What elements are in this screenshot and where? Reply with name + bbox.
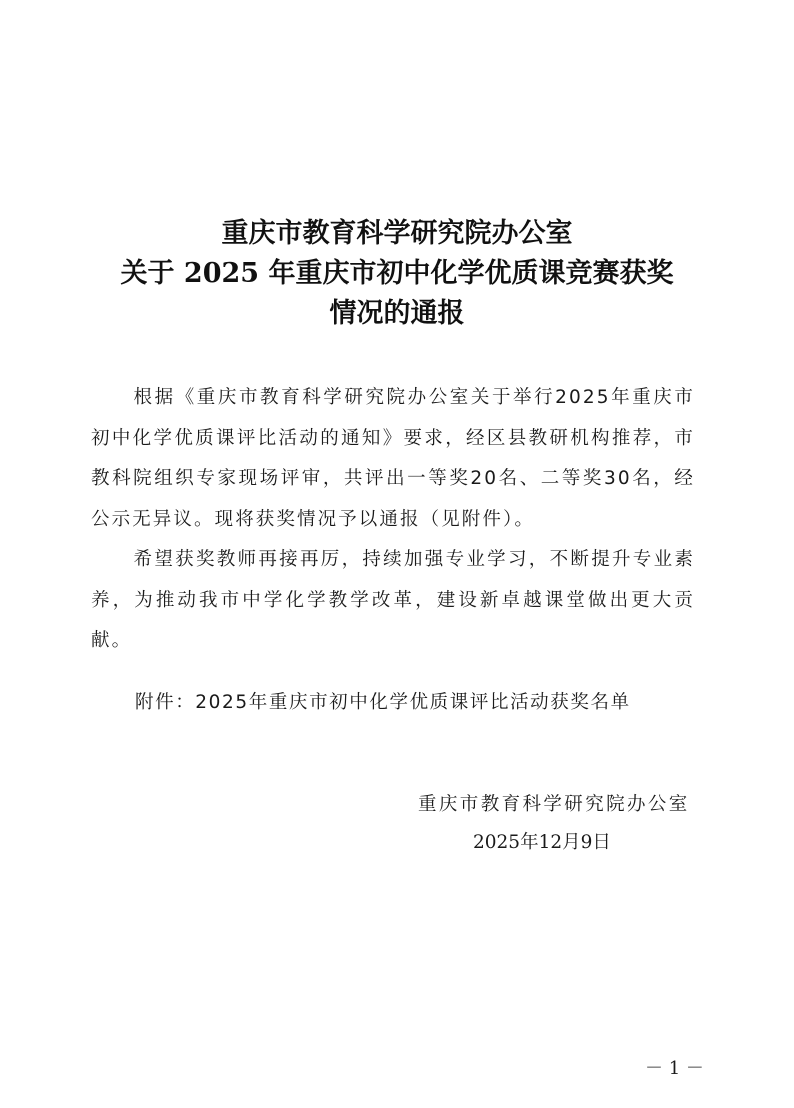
- document-page: 重庆市教育科学研究院办公室 关于 2025 年重庆市初中化学优质课竞赛获奖 情况…: [0, 0, 794, 1108]
- paragraph-text: 希望获奖教师再接再厉，持续加强专业学习，不断提升专业素养，为推动我市中学化学教学…: [91, 540, 695, 662]
- paragraph-text: 根据《重庆市教育科学研究院办公室关于举行2025年重庆市初中化学优质课评比活动的…: [91, 378, 695, 540]
- issuer-signature: 重庆市教育科学研究院办公室: [418, 785, 690, 825]
- attachment-note: 附件：2025年重庆市初中化学优质课评比活动获奖名单: [135, 683, 631, 723]
- body-paragraph-1: 根据《重庆市教育科学研究院办公室关于举行2025年重庆市初中化学优质课评比活动的…: [91, 378, 695, 540]
- title-line-3: 情况的通报: [0, 294, 794, 334]
- body-paragraph-2: 希望获奖教师再接再厉，持续加强专业学习，不断提升专业素养，为推动我市中学化学教学…: [91, 540, 695, 662]
- title-line-2: 关于 2025 年重庆市初中化学优质课竞赛获奖: [0, 254, 794, 294]
- page-number: － 1 －: [645, 1055, 704, 1083]
- issue-date: 2025年12月9日: [473, 823, 611, 863]
- title-line-1: 重庆市教育科学研究院办公室: [0, 214, 794, 254]
- document-title: 重庆市教育科学研究院办公室 关于 2025 年重庆市初中化学优质课竞赛获奖 情况…: [0, 214, 794, 334]
